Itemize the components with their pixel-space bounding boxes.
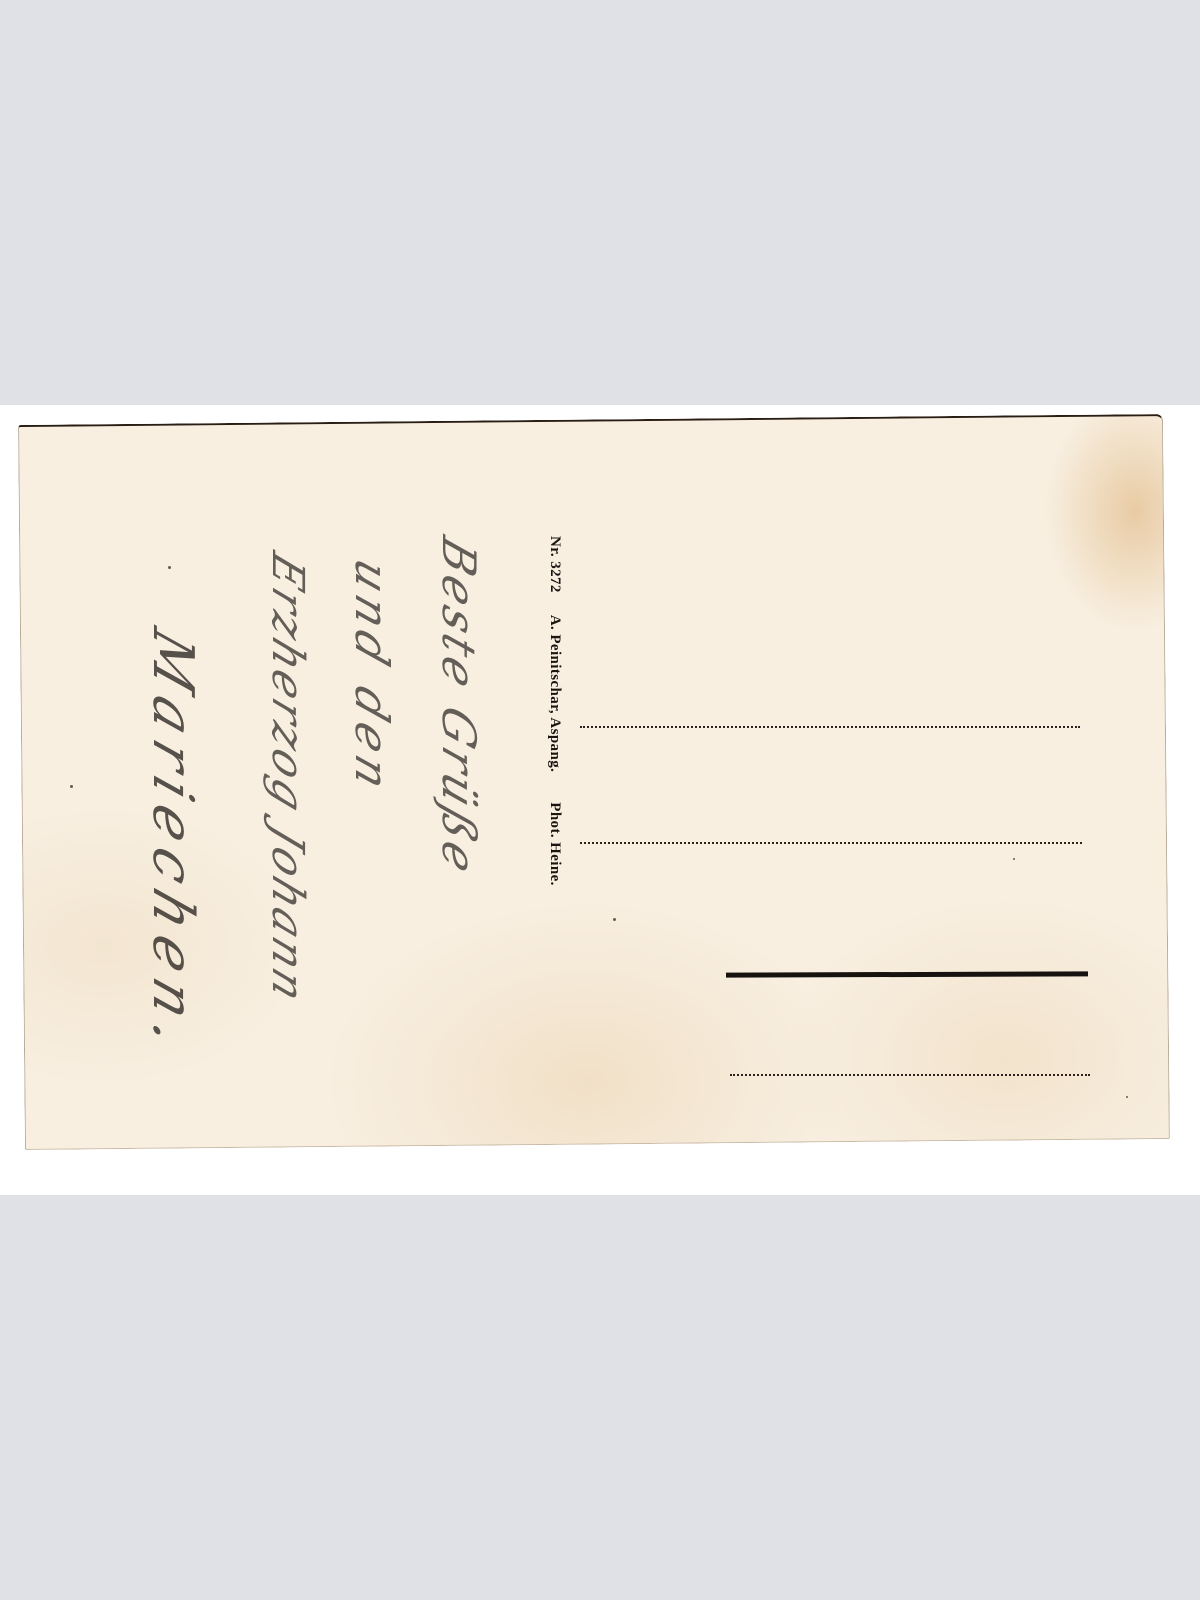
address-line-1 — [580, 726, 1080, 728]
handwritten-line-3: Erzherzog Johann — [262, 545, 313, 1013]
paper-speck — [613, 918, 616, 921]
imprint-photographer: Phot. Heine. — [547, 802, 563, 886]
imprint-number: Nr. 3272 — [547, 536, 563, 593]
printed-imprint: Nr. 3272A. Peinitschar, Aspang.Phot. Hei… — [546, 536, 563, 886]
handwritten-line-1: Beste Grüße — [432, 530, 486, 885]
imprint-publisher: A. Peinitschar, Aspang. — [547, 615, 563, 772]
paper-speck — [70, 785, 73, 788]
address-line-2 — [580, 842, 1082, 844]
handwritten-line-2: und den — [345, 552, 399, 803]
paper-speck — [1126, 1096, 1128, 1098]
address-line-3 — [730, 1074, 1090, 1076]
paper-speck — [1013, 858, 1015, 860]
handwritten-signature: Mariechen. — [140, 620, 205, 1067]
paper-speck — [168, 566, 171, 569]
